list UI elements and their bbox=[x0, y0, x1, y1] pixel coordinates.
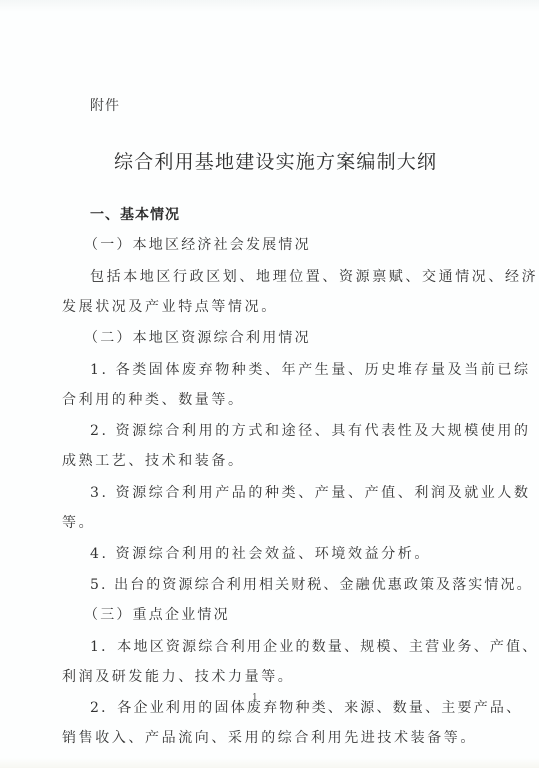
section-heading-basic-info: 一、基本情况 bbox=[90, 206, 180, 224]
scan-edge-bottom bbox=[0, 758, 539, 768]
subsection-heading-resource-utilization: （二）本地区资源综合利用情况 bbox=[84, 329, 311, 347]
document-title: 综合利用基地建设实施方案编制大纲 bbox=[114, 150, 437, 174]
list-item-line: 4. 资源综合利用的社会效益、环境效益分析。 bbox=[90, 545, 431, 563]
list-item-line: 2. 资源综合利用的方式和途径、具有代表性及大规模使用的 bbox=[90, 422, 531, 440]
list-item-line: 成熟工艺、技术和装备。 bbox=[62, 452, 245, 470]
paragraph-line: 发展状况及产业特点等情况。 bbox=[62, 298, 278, 316]
list-item-line: 1．本地区资源综合利用企业的数量、规模、主营业务、产值、 bbox=[90, 638, 539, 656]
list-item-line: 合利用的种类、数量等。 bbox=[62, 391, 245, 409]
paragraph-line: 包括本地区行政区划、地理位置、资源禀赋、交通情况、经济 bbox=[90, 268, 538, 286]
list-item-line: 3. 资源综合利用产品的种类、产量、产值、利润及就业人数 bbox=[90, 484, 531, 502]
subsection-heading-key-enterprises: （三）重点企业情况 bbox=[84, 606, 230, 624]
list-item-line: 2．各企业利用的固体废弃物种类、来源、数量、主要产品、 bbox=[90, 699, 522, 717]
list-item-line: 等。 bbox=[62, 514, 95, 532]
list-item-line: 5. 出台的资源综合利用相关财税、金融优惠政策及落实情况。 bbox=[90, 576, 533, 594]
scan-edge-top bbox=[0, 0, 539, 12]
document-page: 附件 综合利用基地建设实施方案编制大纲 一、基本情况 （一）本地区经济社会发展情… bbox=[0, 0, 539, 768]
list-item-line: 销售收入、产品流向、采用的综合利用先进技术装备等。 bbox=[62, 729, 477, 747]
list-item-line: 1. 各类固体废弃物种类、年产生量、历史堆存量及当前已综 bbox=[90, 361, 531, 379]
subsection-heading-economy: （一）本地区经济社会发展情况 bbox=[84, 236, 311, 254]
page-number: 1 bbox=[252, 693, 258, 703]
attachment-label: 附件 bbox=[90, 97, 120, 115]
list-item-line: 利润及研发能力、技术力量等。 bbox=[62, 668, 294, 686]
